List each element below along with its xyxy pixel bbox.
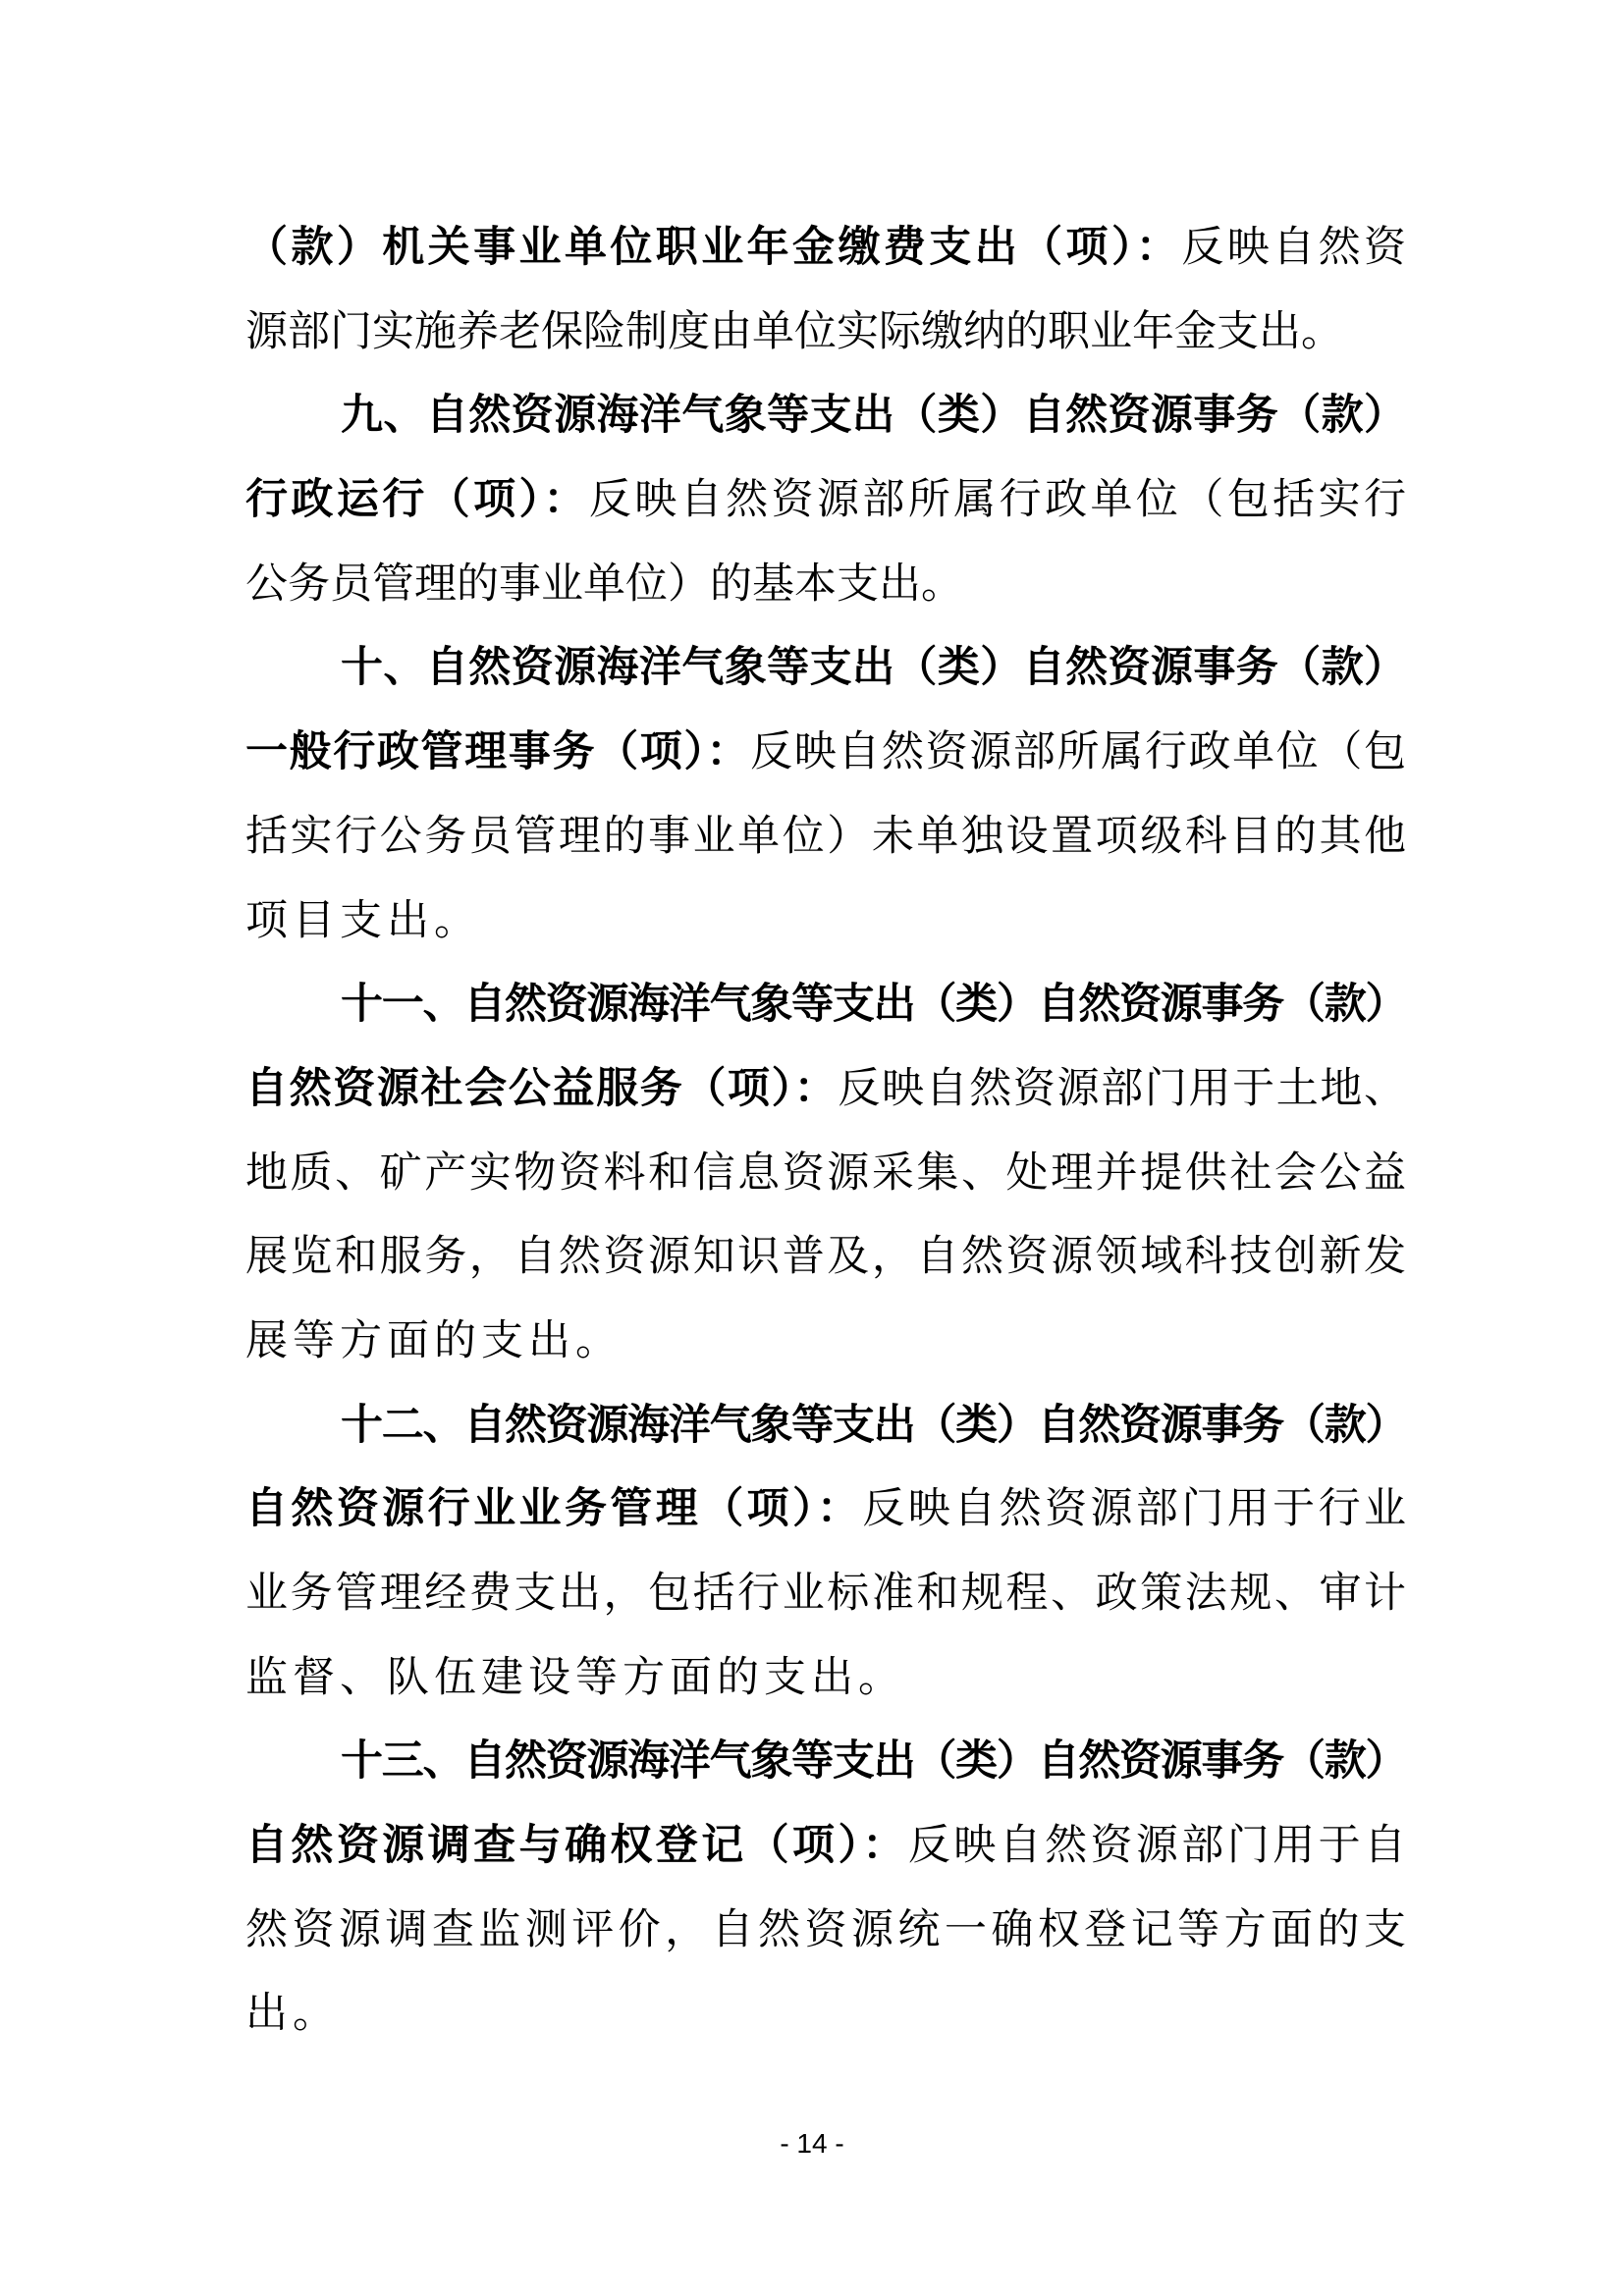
line-regular-segment: 然资源调查监测评价，自然资源统一确权登记等方面的支: [245, 1907, 1406, 1953]
line-bold-segment: 行政运行（项）：: [245, 476, 589, 523]
line-bold-segment: 十一、自然资源海洋气象等支出（类）自然资源事务（款）: [341, 981, 1406, 1028]
text-line: 业务管理经费支出，包括行业标准和规程、政策法规、审计: [245, 1552, 1406, 1636]
text-line: 然资源调查监测评价，自然资源统一确权登记等方面的支: [245, 1889, 1406, 1973]
text-line: 自然资源社会公益服务（项）：反映自然资源部门用于土地、: [245, 1047, 1406, 1132]
line-bold-segment: 十、自然资源海洋气象等支出（类）自然资源事务（款）: [341, 644, 1406, 691]
line-regular-segment: 反映自然资源部所属行政单位（包括实行: [589, 477, 1406, 523]
page-number: - 14 -: [0, 2128, 1624, 2160]
line-regular-segment: 反映自然资源部门用于行业: [862, 1486, 1406, 1532]
text-line: 监督、队伍建设等方面的支出。: [245, 1636, 1406, 1721]
text-line: 十一、自然资源海洋气象等支出（类）自然资源事务（款）: [245, 963, 1406, 1047]
text-line: 展览和服务，自然资源知识普及，自然资源领域科技创新发: [245, 1215, 1406, 1300]
line-bold-segment: 自然资源行业业务管理（项）：: [245, 1485, 862, 1532]
line-regular-segment: 反映自然资源部所属行政单位（包: [750, 729, 1406, 775]
line-regular-segment: 项目支出。: [245, 898, 481, 944]
line-bold-segment: （款）机关事业单位职业年金缴费支出（项）：: [245, 224, 1181, 271]
line-regular-segment: 业务管理经费支出，包括行业标准和规程、政策法规、审计: [245, 1571, 1406, 1617]
line-regular-segment: 反映自然资源部门用于土地、: [838, 1066, 1406, 1112]
text-line: 自然资源行业业务管理（项）：反映自然资源部门用于行业: [245, 1468, 1406, 1552]
text-line: 源部门实施养老保险制度由单位实际缴纳的职业年金支出。: [245, 291, 1406, 375]
line-regular-segment: 反映自然资: [1181, 225, 1406, 271]
line-regular-segment: 出。: [245, 1991, 340, 2037]
line-bold-segment: 自然资源社会公益服务（项）：: [245, 1065, 838, 1112]
text-line: 括实行公务员管理的事业单位）未单独设置项级科目的其他: [245, 795, 1406, 880]
text-line: 自然资源调查与确权登记（项）：反映自然资源部门用于自: [245, 1804, 1406, 1889]
line-bold-segment: 十二、自然资源海洋气象等支出（类）自然资源事务（款）: [341, 1402, 1406, 1449]
text-line: 地质、矿产实物资料和信息资源采集、处理并提供社会公益: [245, 1132, 1406, 1216]
text-line: （款）机关事业单位职业年金缴费支出（项）：反映自然资: [245, 206, 1406, 291]
text-line: 出。: [245, 1972, 1406, 2056]
line-regular-segment: 地质、矿产实物资料和信息资源采集、处理并提供社会公益: [245, 1150, 1406, 1197]
line-bold-segment: 九、自然资源海洋气象等支出（类）自然资源事务（款）: [341, 392, 1406, 439]
text-line: 十、自然资源海洋气象等支出（类）自然资源事务（款）: [245, 626, 1406, 711]
line-regular-segment: 反映自然资源部门用于自: [908, 1823, 1406, 1869]
text-line: 展等方面的支出。: [245, 1300, 1406, 1384]
line-regular-segment: 公务员管理的事业单位）的基本支出。: [245, 561, 963, 608]
text-line: 项目支出。: [245, 880, 1406, 964]
line-regular-segment: 监督、队伍建设等方面的支出。: [245, 1655, 905, 1701]
text-line: 行政运行（项）：反映自然资源部所属行政单位（包括实行: [245, 458, 1406, 543]
text-line: 公务员管理的事业单位）的基本支出。: [245, 543, 1406, 627]
text-line: 十三、自然资源海洋气象等支出（类）自然资源事务（款）: [245, 1720, 1406, 1804]
line-regular-segment: 展览和服务，自然资源知识普及，自然资源领域科技创新发: [245, 1234, 1406, 1280]
text-line: 一般行政管理事务（项）：反映自然资源部所属行政单位（包: [245, 711, 1406, 795]
line-bold-segment: 十三、自然资源海洋气象等支出（类）自然资源事务（款）: [341, 1737, 1406, 1785]
document-page: （款）机关事业单位职业年金缴费支出（项）：反映自然资 源部门实施养老保险制度由单…: [0, 0, 1624, 2296]
text-line: 九、自然资源海洋气象等支出（类）自然资源事务（款）: [245, 374, 1406, 458]
line-bold-segment: 一般行政管理事务（项）：: [245, 728, 750, 775]
line-regular-segment: 源部门实施养老保险制度由单位实际缴纳的职业年金支出。: [245, 309, 1343, 355]
line-bold-segment: 自然资源调查与确权登记（项）：: [245, 1822, 908, 1869]
line-regular-segment: 展等方面的支出。: [245, 1318, 623, 1364]
text-line: 十二、自然资源海洋气象等支出（类）自然资源事务（款）: [245, 1384, 1406, 1468]
line-regular-segment: 括实行公务员管理的事业单位）未单独设置项级科目的其他: [245, 814, 1406, 860]
text-content: （款）机关事业单位职业年金缴费支出（项）：反映自然资 源部门实施养老保险制度由单…: [245, 206, 1406, 2056]
